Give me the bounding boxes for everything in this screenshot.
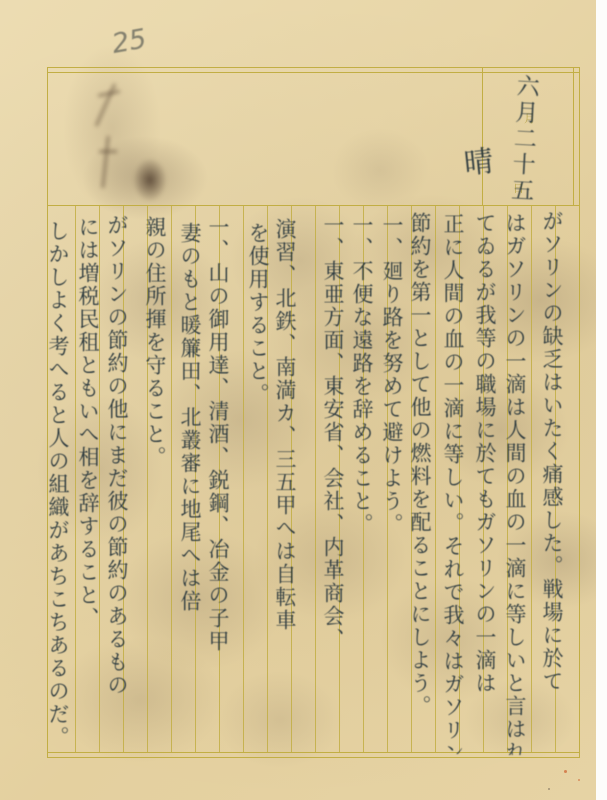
manuscript-column: 妻のもと暖簾田、北叢審に地尾へは倍 bbox=[176, 222, 203, 754]
manuscript-page-scan: 25 月 日 六月二十五 晴 がソリンの缺乏はいたく痛感した。戦場に於て はガソ… bbox=[0, 0, 607, 800]
frame-top-line-inner bbox=[47, 72, 580, 73]
ink-bleed-stroke bbox=[99, 150, 117, 153]
manuscript-column: 正に人間の血の一滴に等しい。それで我々はガソリン bbox=[439, 213, 466, 754]
ink-bleed-blob bbox=[133, 158, 167, 202]
paper-speck bbox=[578, 779, 580, 781]
manuscript-column: には増税民租ともいへ相を辞すること、 bbox=[74, 216, 101, 744]
manuscript-column: 一、廻り路を努めて避けよう。 bbox=[378, 214, 405, 574]
manuscript-column: てゐるが我等の職場に於てもガソリンの一滴は bbox=[471, 212, 498, 752]
scan-edge bbox=[596, 0, 607, 800]
weather-note: 晴 bbox=[462, 139, 495, 183]
page-number: 25 bbox=[110, 23, 149, 59]
manuscript-column: しかしよく考へると人の組織があちこちあるのだ。 bbox=[44, 220, 71, 750]
handwritten-date: 六月二十五 bbox=[505, 73, 542, 204]
manuscript-column: 節約を第一として他の燃料を配ることにしよう。 bbox=[406, 212, 433, 750]
ink-bleed-stroke bbox=[95, 83, 116, 126]
manuscript-column: 一、不便な遠路を辞めること。 bbox=[348, 214, 375, 569]
paper-speck bbox=[564, 770, 567, 773]
manuscript-column: を使用すること。 bbox=[244, 222, 271, 552]
ink-bleed-stroke bbox=[101, 136, 109, 188]
manuscript-column: がソリンの缺乏はいたく痛感した。戦場に於て bbox=[538, 210, 565, 750]
frame-top-line-outer bbox=[47, 67, 580, 68]
manuscript-column: 一、山の御用達、清酒、鋭鋼、冶金の子甲 bbox=[204, 216, 231, 756]
manuscript-column: がソリンの節約の他にまだ彼の節約のあるもの bbox=[103, 214, 130, 758]
manuscript-column: はガソリンの一滴は人間の血の一滴に等しいと言はれ bbox=[501, 212, 528, 755]
manuscript-column: 親の住所揮を守ること。 bbox=[141, 216, 168, 606]
manuscript-column: 演習、北鉄、南満カ、三五甲へは自転車 bbox=[271, 218, 298, 758]
date-box-right-line bbox=[573, 67, 574, 205]
date-box-left-line bbox=[482, 67, 483, 205]
paper-speck bbox=[548, 788, 550, 790]
manuscript-column: 一、東亜方面、東安省、会社、内革商会、 bbox=[319, 214, 346, 754]
